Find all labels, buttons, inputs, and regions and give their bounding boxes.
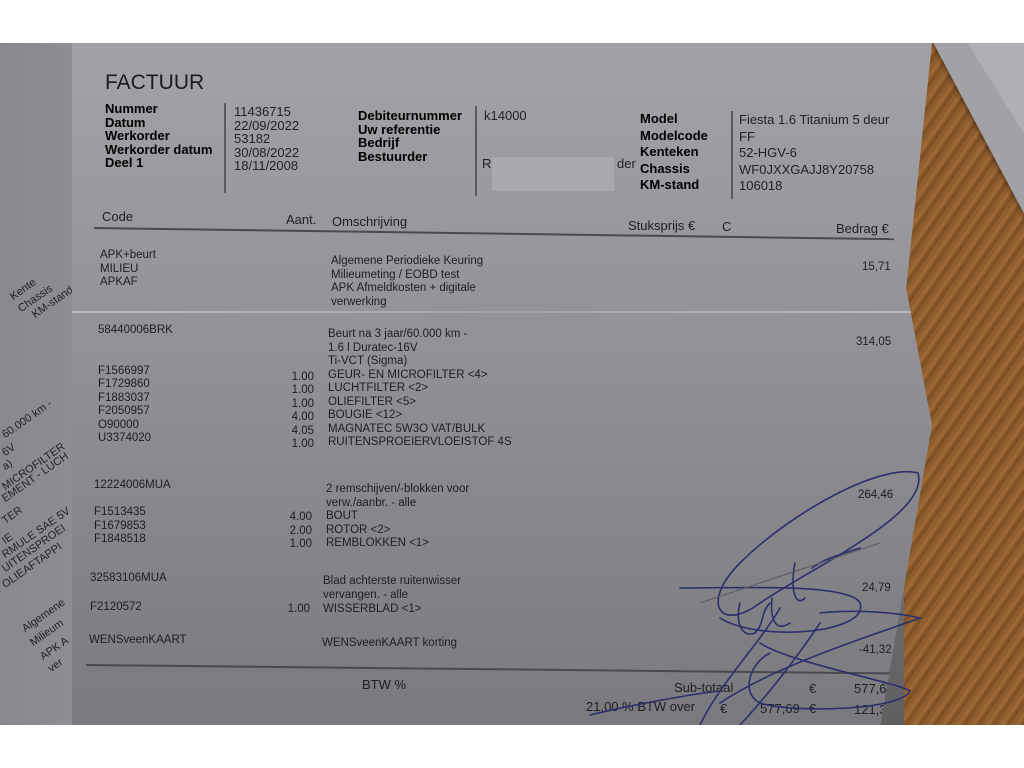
paper-fold [72, 311, 952, 313]
subtotal-currency: € [809, 681, 816, 696]
group-3-descriptions: 2 remschijven/-blokken voor verw./aanbr.… [326, 483, 469, 551]
vat-currency: € [809, 701, 816, 716]
line-description: APK Afmeldkosten + digitale [331, 282, 483, 296]
vehicle-info-labels: Model Modelcode Kenteken Chassis KM-stan… [640, 110, 708, 193]
line-description: MAGNATEC 5W3O VAT/BULK [328, 423, 512, 437]
vehicle-info-values: Fiesta 1.6 Titanium 5 deur FF 52-HGV-6 W… [739, 111, 889, 194]
vat-label: 21,00 % BTW over [586, 699, 695, 714]
divider [475, 106, 477, 196]
line-description: Beurt na 3 jaar/60.000 km - [328, 328, 512, 342]
driver-name-suffix: der [617, 155, 636, 172]
info-label: Datum [105, 114, 212, 128]
line-qty: 4.00 [286, 511, 312, 525]
line-qty: 1.00 [288, 438, 314, 452]
info-label: Werkorder [105, 127, 212, 141]
customer-info-labels: Debiteurnummer Uw referentie Bedrijf Bes… [358, 107, 462, 161]
invoice-paper: FACTUUR Nummer Datum Werkorder Werkorder… [72, 43, 932, 725]
line-code: F2050957 [98, 405, 173, 419]
line-code: U3374020 [98, 432, 173, 446]
group-amount: -41,32 [859, 644, 892, 658]
info-value: Fiesta 1.6 Titanium 5 deur [739, 111, 889, 128]
line-description: REMBLOKKEN <1> [326, 537, 469, 551]
vat-base: 577,69 [760, 701, 800, 716]
line-code [98, 351, 173, 365]
column-header-qty: Aant. [286, 212, 316, 227]
line-description: WENSveenKAART korting [322, 637, 457, 651]
subtotal-value: 577,69 [854, 681, 894, 696]
info-label: Model [640, 110, 708, 127]
line-description: 1.6 l Duratec-16V [328, 342, 512, 356]
invoice-info-values: 11436715 22/09/2022 53182 30/08/2022 18/… [234, 103, 299, 171]
btw-label: BTW % [362, 677, 406, 692]
info-value: 18/11/2008 [234, 157, 299, 171]
line-description: verwerking [331, 296, 483, 310]
group-2-qty: 1.00 1.00 1.00 4.00 4.05 1.00 [288, 330, 314, 452]
line-code: F1729860 [98, 378, 173, 392]
line-code: MILIEU [100, 263, 156, 277]
group-1-codes: APK+beurt MILIEU APKAF [100, 249, 156, 290]
group-amount: 314,05 [856, 336, 891, 350]
redacted-area [492, 157, 614, 191]
header-rule [94, 227, 894, 240]
line-qty: 1.00 [288, 371, 314, 385]
line-qty: 2.00 [286, 525, 312, 539]
info-value: 106018 [739, 177, 889, 194]
line-qty [288, 357, 314, 371]
debtor-number: k14000 [484, 107, 527, 124]
vat-currency: € [720, 701, 727, 716]
info-value: 30/08/2022 [234, 144, 299, 158]
line-description: 2 remschijven/-blokken voor [326, 483, 469, 497]
line-description: Milieumeting / EOBD test [331, 269, 483, 283]
line-code: F1566997 [98, 365, 173, 379]
info-label: Debiteurnummer [358, 107, 462, 121]
line-qty [286, 498, 312, 512]
line-code [94, 493, 171, 507]
column-header-code: Code [102, 209, 133, 224]
line-description: verw./aanbr. - alle [326, 497, 469, 511]
line-code: F1679853 [94, 520, 171, 534]
line-qty: 1.00 [286, 538, 312, 552]
line-qty: 1.00 [284, 603, 310, 617]
line-qty [286, 484, 312, 498]
info-label: Kenteken [640, 143, 708, 160]
group-4-qty: 1.00 [284, 574, 310, 617]
info-value: WF0JXXGAJJ8Y20758 [739, 161, 889, 178]
line-code: F1513435 [94, 506, 171, 520]
subtotal-label: Sub-totaal [674, 680, 733, 695]
line-description: RUITENSPROEIERVLOEISTOF 4S [328, 436, 512, 450]
line-code: F2120572 [90, 601, 167, 615]
line-code: 58440006BRK [98, 324, 173, 338]
column-header-c: C [722, 219, 731, 234]
line-code [90, 588, 167, 601]
line-qty [284, 574, 310, 590]
info-value: 11436715 [234, 103, 299, 117]
info-label: Bestuurder [358, 148, 462, 162]
line-qty: 1.00 [288, 384, 314, 398]
line-code: F1848518 [94, 533, 171, 547]
divider [224, 103, 226, 193]
info-label: Modelcode [640, 127, 708, 144]
column-header-unit-price: Stuksprijs € [628, 218, 695, 233]
info-value: FF [739, 128, 889, 145]
info-label: Werkorder datum [105, 141, 212, 155]
info-value: 52-HGV-6 [739, 144, 889, 161]
line-description: BOUT [326, 510, 469, 524]
line-code: 32583106MUA [90, 572, 167, 588]
group-amount: 15,71 [862, 261, 891, 275]
line-description: ROTOR <2> [326, 524, 469, 538]
line-description: WISSERBLAD <1> [323, 603, 461, 617]
line-qty: 1.00 [288, 398, 314, 412]
group-2-descriptions: Beurt na 3 jaar/60.000 km - 1.6 l Durate… [328, 328, 512, 450]
group-1-descriptions: Algemene Periodieke Keuring Milieumeting… [331, 255, 483, 309]
line-description: Algemene Periodieke Keuring [331, 255, 483, 269]
info-label: Nummer [105, 100, 212, 114]
line-description: GEUR- EN MICROFILTER <4> [328, 369, 512, 383]
line-code [98, 338, 173, 352]
line-code: APK+beurt [100, 249, 156, 263]
line-description: Blad achterste ruitenwisser [323, 575, 461, 589]
line-description: BOUGIE <12> [328, 409, 512, 423]
group-4-descriptions: Blad achterste ruitenwisser vervangen. -… [323, 575, 461, 617]
line-qty: 4.05 [288, 425, 314, 439]
line-qty [288, 330, 314, 344]
vat-value: 121,31 [854, 702, 894, 717]
group-4-codes: 32583106MUA F2120572 [90, 572, 167, 615]
line-code: O90000 [98, 419, 173, 433]
line-description: OLIEFILTER <5> [328, 396, 512, 410]
column-header-description: Omschrijving [332, 214, 407, 229]
totals-rule [86, 664, 922, 674]
divider [731, 111, 733, 199]
group-3-codes: 12224006MUA F1513435 F1679853 F1848518 [94, 479, 171, 547]
photo-background: F1 Kente Chassis KM-stand 60.000 km - 6V… [0, 43, 1024, 725]
invoice-info-labels: Nummer Datum Werkorder Werkorder datum D… [105, 100, 212, 168]
info-label: KM-stand [640, 176, 708, 193]
line-code: 12224006MUA [94, 479, 171, 493]
group-2-codes: 58440006BRK F1566997 F1729860 F1883037 F… [98, 324, 173, 446]
line-code: APKAF [100, 276, 156, 290]
line-description: vervangen. - alle [323, 589, 461, 603]
line-code: WENSveenKAART [89, 634, 187, 648]
info-label: Chassis [640, 160, 708, 177]
line-qty [288, 344, 314, 358]
line-qty [284, 590, 310, 603]
column-header-amount: Bedrag € [836, 221, 889, 236]
line-code: F1883037 [98, 392, 173, 406]
group-amount: 264,46 [858, 489, 893, 503]
info-value: 22/09/2022 [234, 117, 299, 131]
invoice-title: FACTUUR [105, 71, 204, 95]
line-description: Ti-VCT (Sigma) [328, 355, 512, 369]
line-description: LUCHTFILTER <2> [328, 382, 512, 396]
group-amount: 24,79 [862, 582, 891, 596]
line-qty: 4.00 [288, 411, 314, 425]
group-3-qty: 4.00 2.00 1.00 [286, 484, 312, 552]
